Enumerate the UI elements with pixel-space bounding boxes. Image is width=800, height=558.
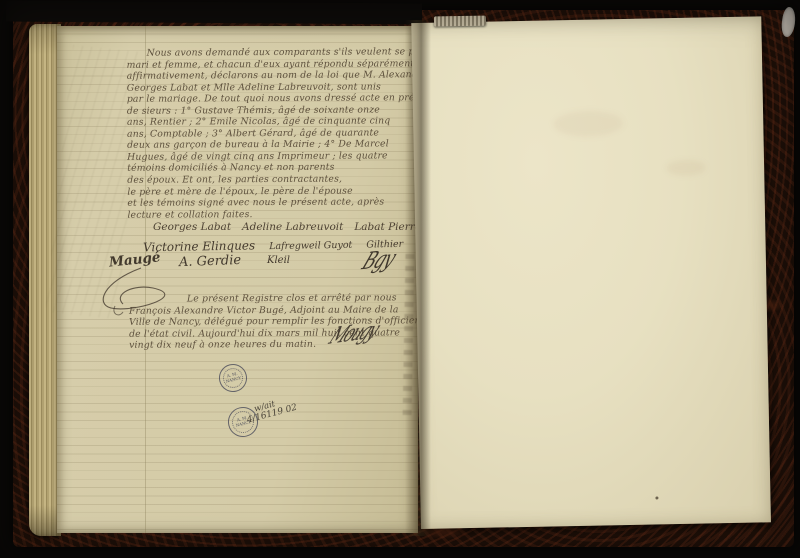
book-photo-stage: Nous avons demandé aux comparants s'ils …	[0, 0, 800, 558]
left-manuscript-page: Nous avons demandé aux comparants s'ils …	[57, 26, 418, 533]
manuscript-line: et les témoins signé avec nous le présen…	[127, 196, 421, 209]
signature-bride: Adeline Labreuvoit	[242, 221, 343, 233]
ink-speck	[655, 496, 658, 499]
round-archive-stamp-upper: A. M. NANCY	[216, 361, 250, 395]
manuscript-line: Le présent Registre clos et arrêté par n…	[129, 292, 423, 305]
manuscript-line: Hugues, âgé de vingt cinq ans Imprimeur …	[127, 150, 421, 163]
right-blank-page	[411, 16, 771, 529]
foxing-stain	[666, 159, 706, 176]
manuscript-line: de l'état civil. Aujourd'hui dix mars mi…	[129, 327, 423, 340]
signature-groom: Georges Labat	[153, 221, 231, 233]
manuscript-line: vingt dix neuf à onze heures du matin.	[129, 338, 423, 351]
stamp-text: A. M.	[219, 370, 245, 381]
manuscript-line: lecture et collation faites.	[127, 208, 421, 221]
signature-witness: Kleil	[267, 255, 290, 266]
stamp-text: NANCY	[220, 374, 246, 385]
foxing-stain	[553, 110, 623, 137]
manuscript-line: affirmativement, déclarons au nom de la …	[127, 69, 421, 82]
manuscript-line: Nous avons demandé aux comparants s'ils …	[127, 46, 421, 59]
cloth-headband	[434, 16, 486, 27]
photo-crop-shadow	[6, 1, 422, 25]
main-paragraph: Nous avons demandé aux comparants s'ils …	[127, 46, 422, 221]
signature-row-1: Georges Labat Adeline Labreuvoit Labat P…	[153, 221, 421, 233]
archival-annotation: w/ait 4/16119 02	[253, 395, 298, 423]
gutter-shadow	[405, 20, 431, 536]
